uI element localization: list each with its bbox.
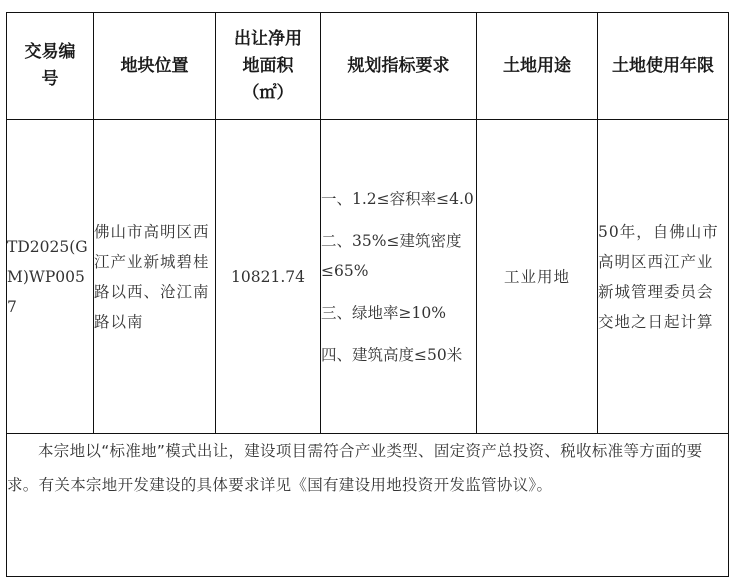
header-area: 出让净用 地面积 （㎡） [216, 13, 321, 120]
header-planning-label: 规划指标要求 [321, 53, 476, 80]
planning-item: 二、35%≤建筑密度≤65% [321, 226, 476, 286]
header-use: 土地用途 [477, 13, 598, 120]
table-row: TD2025(GM)WP0057 佛山市高明区西江产业新城碧桂路以西、沧江南路以… [7, 120, 729, 434]
planning-item: 一、1.2≤容积率≤4.0 [321, 184, 476, 214]
note-text: 本宗地以“标准地”模式出让，建设项目需符合产业类型、固定资产总投资、税收标准等方… [7, 434, 729, 577]
note-row: 本宗地以“标准地”模式出让，建设项目需符合产业类型、固定资产总投资、税收标准等方… [7, 434, 729, 577]
cell-term: 50年，自佛山市高明区西江产业新城管理委员会交地之日起计算 [598, 120, 729, 434]
header-area-line2: 地面积 [216, 53, 320, 80]
header-area-line1: 出让净用 [216, 26, 320, 53]
cell-planning: 一、1.2≤容积率≤4.0 二、35%≤建筑密度≤65% 三、绿地率≥10% 四… [321, 120, 477, 434]
header-use-label: 土地用途 [477, 53, 597, 80]
cell-area: 10821.74 [216, 120, 321, 434]
header-term-label: 土地使用年限 [598, 53, 728, 80]
cell-use: 工业用地 [477, 120, 598, 434]
planning-item: 三、绿地率≥10% [321, 298, 476, 328]
header-code-line1: 交易编 [7, 39, 93, 66]
header-code-line2: 号 [7, 66, 93, 93]
header-location: 地块位置 [94, 13, 216, 120]
header-row: 交易编 号 地块位置 出让净用 地面积 （㎡） 规划指标要求 土地用途 土地使用… [7, 13, 729, 120]
cell-code: TD2025(GM)WP0057 [7, 120, 94, 434]
transaction-code: TD2025(GM)WP0057 [7, 238, 88, 316]
header-code: 交易编 号 [7, 13, 94, 120]
header-term: 土地使用年限 [598, 13, 729, 120]
cell-location: 佛山市高明区西江产业新城碧桂路以西、沧江南路以南 [94, 120, 216, 434]
land-parcel-table: 交易编 号 地块位置 出让净用 地面积 （㎡） 规划指标要求 土地用途 土地使用… [6, 12, 729, 577]
planning-item: 四、建筑高度≤50米 [321, 340, 476, 370]
header-location-label: 地块位置 [94, 53, 215, 80]
header-planning: 规划指标要求 [321, 13, 477, 120]
header-area-unit: （㎡） [216, 80, 320, 107]
